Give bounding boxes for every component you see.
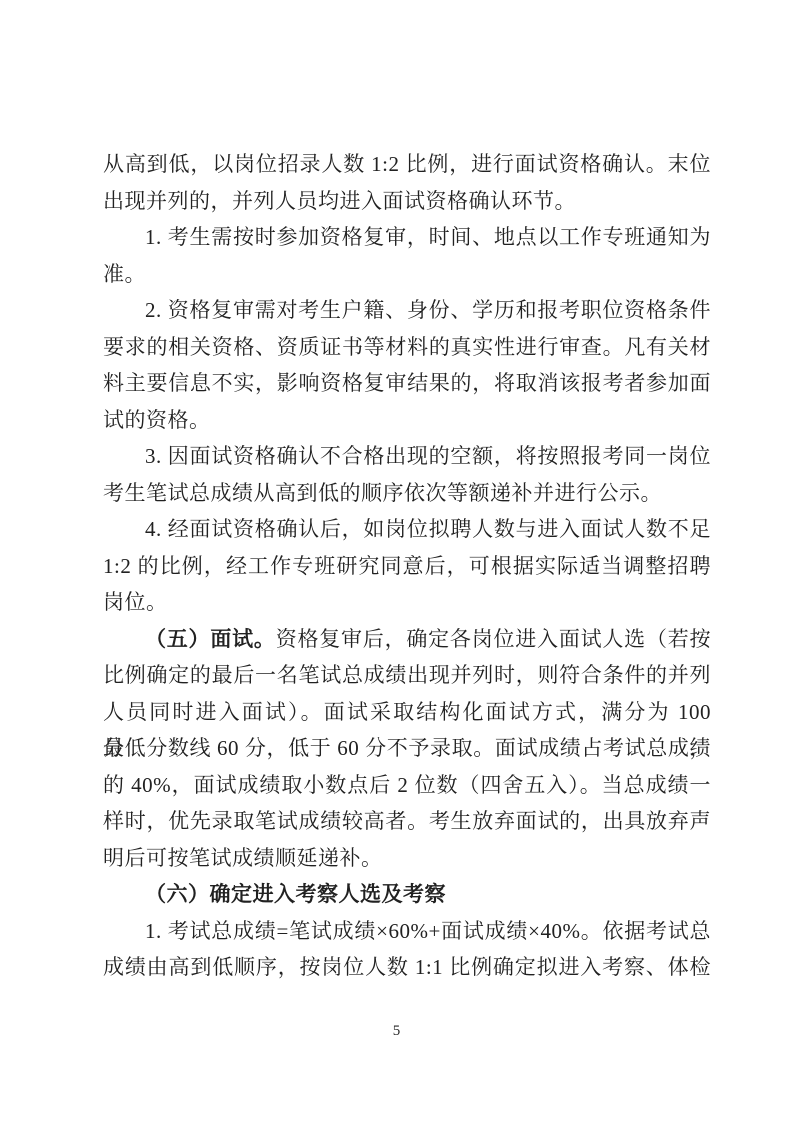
text-line: 1. 考生需按时参加资格复审，时间、地点以工作专班通知为: [103, 219, 711, 256]
text-line: 人员同时进入面试）。面试采取结构化面试方式，满分为 100 分，: [103, 694, 711, 731]
text-line: 的 40%，面试成绩取小数点后 2 位数（四舍五入）。当总成绩一: [103, 767, 711, 804]
text-line: 试的资格。: [103, 402, 711, 439]
page-number: 5: [0, 1023, 793, 1040]
text-line: 出现并列的，并列人员均进入面试资格确认环节。: [103, 183, 711, 220]
section-6-heading: （六）确定进入考察人选及考察: [103, 876, 711, 913]
section-5-heading: （五）面试。: [145, 627, 276, 651]
text-line: 岗位。: [103, 584, 711, 621]
text-line: 资格复审后，确定各岗位进入面试人选（若按: [276, 627, 711, 651]
text-line: 要求的相关资格、资质证书等材料的真实性进行审查。凡有关材: [103, 329, 711, 366]
text-line: 1:2 的比例，经工作专班研究同意后，可根据实际适当调整招聘: [103, 548, 711, 585]
document-body: 从高到低，以岗位招录人数 1:2 比例，进行面试资格确认。末位 出现并列的，并列…: [103, 146, 711, 986]
text-line: 考生笔试总成绩从高到低的顺序依次等额递补并进行公示。: [103, 475, 711, 512]
text-line: 料主要信息不实，影响资格复审结果的，将取消该报考者参加面: [103, 365, 711, 402]
text-line: 样时，优先录取笔试成绩较高者。考生放弃面试的，出具放弃声: [103, 803, 711, 840]
text-line: 3. 因面试资格确认不合格出现的空额，将按照报考同一岗位: [103, 438, 711, 475]
text-line: 从高到低，以岗位招录人数 1:2 比例，进行面试资格确认。末位: [103, 146, 711, 183]
text-line: 4. 经面试资格确认后，如岗位拟聘人数与进入面试人数不足: [103, 511, 711, 548]
text-line: （五）面试。资格复审后，确定各岗位进入面试人选（若按: [103, 621, 711, 658]
text-line: 最低分数线 60 分，低于 60 分不予录取。面试成绩占考试总成绩: [103, 730, 711, 767]
text-line: 明后可按笔试成绩顺延递补。: [103, 840, 711, 877]
text-line: 2. 资格复审需对考生户籍、身份、学历和报考职位资格条件: [103, 292, 711, 329]
text-line: 准。: [103, 256, 711, 293]
text-line: 比例确定的最后一名笔试总成绩出现并列时，则符合条件的并列: [103, 657, 711, 694]
document-page: 从高到低，以岗位招录人数 1:2 比例，进行面试资格确认。末位 出现并列的，并列…: [0, 0, 793, 1122]
text-line: 1. 考试总成绩=笔试成绩×60%+面试成绩×40%。依据考试总: [103, 913, 711, 950]
text-line: 成绩由高到低顺序，按岗位人数 1:1 比例确定拟进入考察、体检: [103, 949, 711, 986]
